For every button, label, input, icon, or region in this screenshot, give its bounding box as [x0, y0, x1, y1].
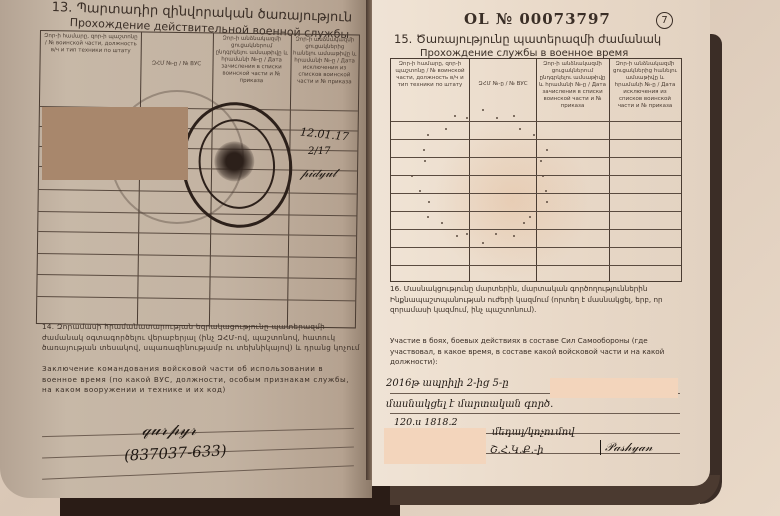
section14-signature: 𝓆𝓊𝓇𝓅𝓎𝓇: [142, 420, 196, 440]
page-number: 7: [656, 12, 673, 29]
section16-handwriting-line2: մասնակցել է մարտական գործ.: [386, 399, 553, 410]
perforation-dot: [546, 201, 548, 203]
serial-label: OL №: [464, 10, 513, 28]
section14-text-hy: 14. Զորամասի հրամանատարության եզրակացութ…: [42, 322, 360, 354]
perforation-dot: [419, 190, 421, 192]
section16-handwriting-line5: Շ.Հ.Կ.Ք.-ի: [490, 445, 544, 456]
section15-title-hy: 15. Ծառայությունը պատերազմի ժամանակ: [394, 32, 661, 46]
perforation-dot: [546, 149, 548, 151]
signature-line: [42, 465, 354, 480]
table-header-cell: Զոր-ի անձնակազմի ցուցակներից հանելու ամս…: [292, 37, 357, 87]
redacted-area: [42, 107, 188, 180]
redacted-area: [384, 428, 486, 464]
redacted-area: [550, 378, 678, 398]
serial-value: 00073797: [519, 10, 611, 28]
table-header-cell: Զոր-ի համարը, զոր-ի պաշտոնը / № воинской…: [43, 33, 139, 55]
section16-handwriting-line4: մեդալ/կոչումով: [492, 427, 575, 438]
section16-text-hy: 16. Մասնակցությունը մարտերին, մարտական գ…: [390, 284, 684, 316]
section16-signature: 𝒫𝒶𝓈𝒽𝓎𝒶𝓃: [600, 440, 653, 455]
table-header-cell: Զոր-ի համարը, զոր-ի պաշտոնը / № воинской…: [393, 61, 467, 89]
table-header-cell: ԶՀՄ №-ը / № ВУС: [473, 81, 533, 88]
perforation-dot: [513, 235, 515, 237]
perforation-dot: [533, 134, 535, 136]
perforation-dot: [482, 242, 484, 244]
perforation-dot: [482, 109, 484, 111]
table-header-cell: Զոր-ի անձնակազմի ցուցակներում ընդգրկելու…: [538, 61, 607, 110]
section16-handwriting-line3: 120.ս 1818.2: [394, 417, 458, 428]
table-header-cell: ԶՀՄ №-ը / № ВУС: [144, 60, 208, 68]
perforation-dot: [542, 175, 544, 177]
entry-line: [390, 413, 680, 414]
serial-number: OL № 00073797: [464, 10, 611, 28]
section16-text-ru: Участие в боях, боевых действиях в соста…: [390, 336, 684, 368]
stamp-signature: 𝓅𝒾𝒹𝓎𝓊𝓁: [300, 166, 336, 181]
section14-code: (837037-633): [124, 441, 227, 464]
perforation-dot: [513, 115, 515, 117]
right-page: OL № 00073797 7 15. Ծառայությունը պատերա…: [372, 0, 710, 486]
left-page: 13. Պարտադիր զինվորական ծառայություն Про…: [0, 0, 372, 498]
section15-table: Զոր-ի համարը, զոր-ի պաշտոնը / № воинской…: [390, 58, 682, 282]
signature-line: [42, 428, 354, 437]
perforation-dot: [454, 115, 456, 117]
stamp-handwriting-order: 2/17: [308, 146, 330, 157]
section16-handwriting-line1: 2016թ ապրիլի 2-ից 5-ը: [386, 378, 509, 389]
perforation-dot: [523, 222, 525, 224]
perforation-dot: [427, 134, 429, 136]
table-header-cell: Զոր-ի անձնակազմի ցուցակներում ընդգրկելու…: [214, 35, 289, 85]
section14-text-ru: Заключение командования войсковой части …: [42, 364, 360, 396]
table-header-cell: Զոր-ի անձնակազմի ցուցակներից հանելու ամս…: [611, 61, 679, 110]
